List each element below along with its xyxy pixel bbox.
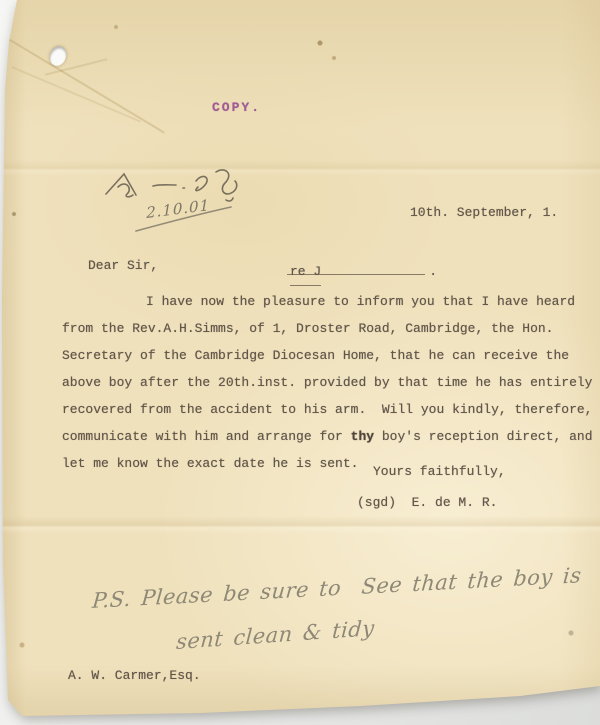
paper-wrapper: COPY. 2.10.01 10th. September, 1. Dear S… bbox=[0, 0, 600, 725]
closing: Yours faithfully, bbox=[373, 458, 506, 485]
paper-fold-line bbox=[0, 160, 600, 176]
body-paragraph: I have now the pleasure to inform you th… bbox=[62, 288, 596, 477]
scan-background: COPY. 2.10.01 10th. September, 1. Dear S… bbox=[0, 0, 600, 725]
subject-period: . bbox=[429, 258, 437, 285]
subject-label: re J bbox=[290, 258, 321, 286]
body-line-segment: boy's reception direct, and bbox=[374, 429, 592, 444]
paper-fold-line bbox=[0, 516, 600, 534]
body-line-segment: communicate with him and arrange for bbox=[62, 429, 351, 444]
salutation: Dear Sir, bbox=[88, 252, 158, 279]
addressee: A. W. Carmer,Esq. bbox=[68, 662, 201, 689]
body-line: recovered from the accident to his arm. … bbox=[62, 396, 596, 423]
postscript-line-2: sent clean & tidy bbox=[175, 616, 375, 654]
overtyped-word: thy bbox=[351, 429, 374, 444]
letter-paper: COPY. 2.10.01 10th. September, 1. Dear S… bbox=[0, 0, 600, 725]
body-line: above boy after the 20th.inst. provided … bbox=[62, 369, 596, 396]
body-line: communicate with him and arrange for thy… bbox=[62, 423, 596, 450]
handwritten-flourish-icon bbox=[134, 204, 234, 234]
body-line: let me know the exact date he is sent. bbox=[62, 450, 596, 477]
paper-hole bbox=[47, 44, 69, 68]
copy-stamp: COPY. bbox=[212, 94, 261, 121]
date-line: 10th. September, 1. bbox=[410, 199, 558, 226]
body-line: I have now the pleasure to inform you th… bbox=[62, 288, 596, 315]
paper-crease bbox=[11, 66, 140, 122]
paper-crease bbox=[1, 34, 165, 133]
postscript-line-1: P.S. Please be sure to See that the boy … bbox=[91, 563, 582, 613]
signature-line: (sgd) E. de M. R. bbox=[357, 489, 497, 516]
subject-line: re J . bbox=[290, 258, 437, 286]
body-line: Secretary of the Cambridge Diocesan Home… bbox=[62, 342, 596, 369]
body-line: from the Rev.A.H.Simms, of 1, Droster Ro… bbox=[62, 315, 596, 342]
